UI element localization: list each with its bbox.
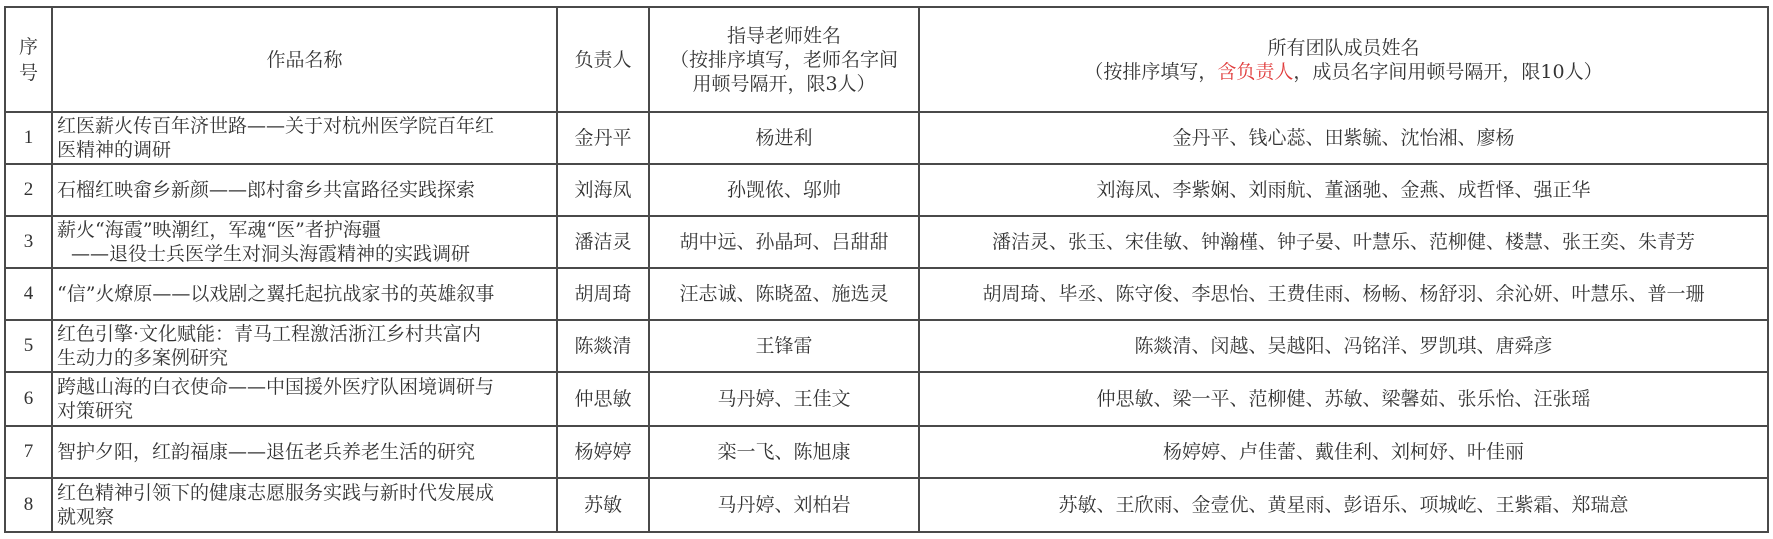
row-index: 7 [5, 426, 52, 478]
row-index: 2 [5, 164, 52, 216]
table-row: 4 “信”火燎原——以戏剧之翼托起抗战家书的英雄叙事 胡周琦 汪志诚、陈晓盈、施… [5, 268, 1768, 320]
team-members: 潘洁灵、张玉、宋佳敏、钟瀚槿、钟子晏、叶慧乐、范柳健、楼慧、张王奕、朱青芳 [919, 216, 1768, 268]
team-members: 仲思敏、梁一平、范柳健、苏敏、梁馨茹、张乐怡、汪张瑶 [919, 372, 1768, 426]
advisors: 王锋雷 [649, 320, 919, 372]
project-title: 红色精神引领下的健康志愿服务实践与新时代发展成就观察 [52, 478, 557, 532]
header-title: 作品名称 [52, 7, 557, 112]
team-members: 金丹平、钱心蕊、田紫毓、沈怡湘、廖杨 [919, 112, 1768, 164]
table-row: 6 跨越山海的白衣使命——中国援外医疗队困境调研与对策研究 仲思敏 马丹婷、王佳… [5, 372, 1768, 426]
header-lead: 负责人 [557, 7, 649, 112]
advisors: 胡中远、孙晶珂、吕甜甜 [649, 216, 919, 268]
project-title: 石榴红映畲乡新颜——郎村畲乡共富路径实践探索 [52, 164, 557, 216]
project-lead: 杨婷婷 [557, 426, 649, 478]
table-row: 1 红医薪火传百年济世路——关于对杭州医学院百年红医精神的调研 金丹平 杨进利 … [5, 112, 1768, 164]
header-index: 序 号 [5, 7, 52, 112]
team-members: 陈燚清、闵越、吴越阳、冯铭洋、罗凯琪、唐舜彦 [919, 320, 1768, 372]
row-index: 4 [5, 268, 52, 320]
team-members: 杨婷婷、卢佳蕾、戴佳利、刘柯妤、叶佳丽 [919, 426, 1768, 478]
team-members: 苏敏、王欣雨、金壹优、黄星雨、彭语乐、项城屹、王紫霜、郑瑞意 [919, 478, 1768, 532]
table-row: 8 红色精神引领下的健康志愿服务实践与新时代发展成就观察 苏敏 马丹婷、刘柏岩 … [5, 478, 1768, 532]
row-index: 5 [5, 320, 52, 372]
table-row: 7 智护夕阳，红韵福康——退伍老兵养老生活的研究 杨婷婷 栾一飞、陈旭康 杨婷婷… [5, 426, 1768, 478]
project-title: 智护夕阳，红韵福康——退伍老兵养老生活的研究 [52, 426, 557, 478]
advisors: 杨进利 [649, 112, 919, 164]
project-title: 红医薪火传百年济世路——关于对杭州医学院百年红医精神的调研 [52, 112, 557, 164]
project-lead: 苏敏 [557, 478, 649, 532]
advisors: 马丹婷、刘柏岩 [649, 478, 919, 532]
row-index: 8 [5, 478, 52, 532]
advisors: 栾一飞、陈旭康 [649, 426, 919, 478]
project-lead: 仲思敏 [557, 372, 649, 426]
advisors: 孙觊侬、邬帅 [649, 164, 919, 216]
table-row: 5 红色引擎·文化赋能：青马工程激活浙江乡村共富内生动力的多案例研究 陈燚清 王… [5, 320, 1768, 372]
project-lead: 金丹平 [557, 112, 649, 164]
highlight-includes-lead: 含负责人 [1217, 61, 1293, 83]
header-members: 所有团队成员姓名 （按排序填写，含负责人，成员名字间用顿号隔开，限10人） [919, 7, 1768, 112]
project-lead: 陈燚清 [557, 320, 649, 372]
team-members: 刘海凤、李紫娴、刘雨航、董涵驰、金燕、成哲怿、强正华 [919, 164, 1768, 216]
advisors: 马丹婷、王佳文 [649, 372, 919, 426]
team-roster-table: 序 号 作品名称 负责人 指导老师姓名 （按排序填写，老师名字间 用顿号隔开，限… [4, 6, 1769, 533]
project-lead: 胡周琦 [557, 268, 649, 320]
project-lead: 潘洁灵 [557, 216, 649, 268]
advisors: 汪志诚、陈晓盈、施选灵 [649, 268, 919, 320]
project-title: 跨越山海的白衣使命——中国援外医疗队困境调研与对策研究 [52, 372, 557, 426]
project-lead: 刘海凤 [557, 164, 649, 216]
row-index: 6 [5, 372, 52, 426]
project-title: “信”火燎原——以戏剧之翼托起抗战家书的英雄叙事 [52, 268, 557, 320]
header-advisors: 指导老师姓名 （按排序填写，老师名字间 用顿号隔开，限3人） [649, 7, 919, 112]
row-index: 1 [5, 112, 52, 164]
row-index: 3 [5, 216, 52, 268]
table-row: 2 石榴红映畲乡新颜——郎村畲乡共富路径实践探索 刘海凤 孙觊侬、邬帅 刘海凤、… [5, 164, 1768, 216]
project-title: 薪火“海霞”映潮红，军魂“医”者护海疆——退役士兵医学生对洞头海霞精神的实践调研 [52, 216, 557, 268]
header-row: 序 号 作品名称 负责人 指导老师姓名 （按排序填写，老师名字间 用顿号隔开，限… [5, 7, 1768, 112]
table-row: 3 薪火“海霞”映潮红，军魂“医”者护海疆——退役士兵医学生对洞头海霞精神的实践… [5, 216, 1768, 268]
project-title: 红色引擎·文化赋能：青马工程激活浙江乡村共富内生动力的多案例研究 [52, 320, 557, 372]
team-members: 胡周琦、毕丞、陈守俊、李思怡、王费佳雨、杨畅、杨舒羽、余沁妍、叶慧乐、普一珊 [919, 268, 1768, 320]
